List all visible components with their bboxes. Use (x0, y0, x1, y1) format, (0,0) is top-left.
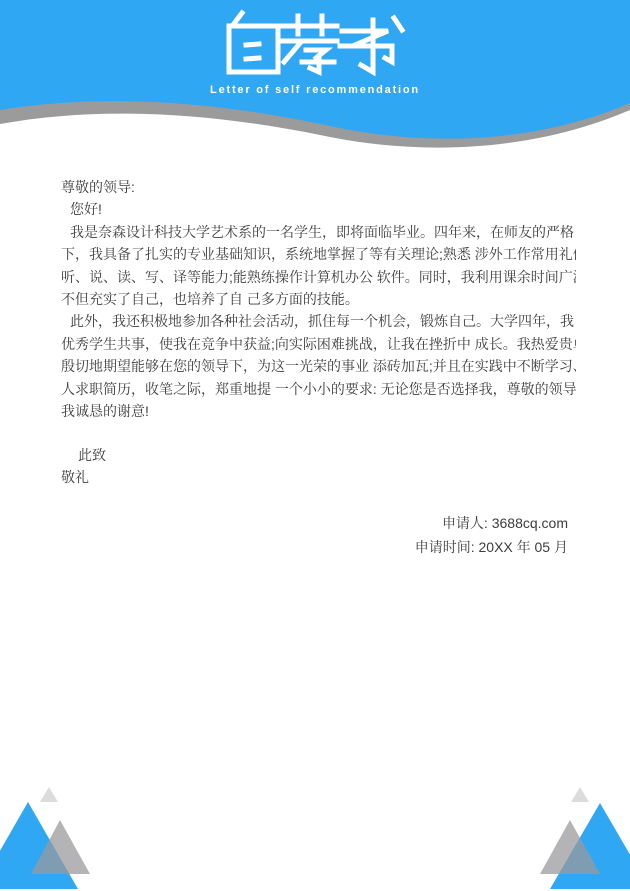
closing-jingli: 敬礼 (61, 466, 106, 488)
letter-line: 我是奈森设计科技大学艺术系的一名学生，即将面临毕业。四年来，在师友的严格 教益及… (61, 221, 576, 243)
signature-block: 申请人: 3688cq.com 申请时间: 20XX 年 05 月 (415, 511, 568, 559)
salutation: 尊敬的领导: (61, 176, 576, 198)
letter-line: 我诚恳的谢意! (61, 400, 576, 422)
greeting: 您好! (61, 198, 576, 220)
applicant-line: 申请人: 3688cq.com (415, 511, 568, 535)
letter-line: 下，我具备了扎实的专业基础知识，系统地掌握了等有关理论;熟悉 涉外工作常用礼仪;… (61, 243, 576, 265)
letter-page: { "colors": { "accent-blue": "#2FA7F3", … (0, 0, 630, 891)
date-line: 申请时间: 20XX 年 05 月 (415, 535, 568, 559)
letter-line: 听、说、读、写、译等能力;能熟练操作计算机办公 软件。同时，我利用课余时间广泛地… (61, 266, 576, 288)
letter-line: 优秀学生共事，使我在竞争中获益;向实际困难挑战，让我在挫折中 成长。我热爱贵单位… (61, 333, 576, 355)
letter-closing: 此致 敬礼 (61, 444, 106, 488)
letter-line: 此外，我还积极地参加各种社会活动，抓住每一个机会，锻炼自己。大学四年，我 深深地… (61, 310, 576, 332)
title-logo (222, 8, 412, 78)
title-logo-strokes (229, 13, 402, 72)
bottom-decoration (0, 781, 630, 891)
letter-line: 不但充实了自己，也培养了自 己多方面的技能。 (61, 288, 576, 310)
letter-line: 人求职简历，收笔之际，郑重地提 一个小小的要求: 无论您是否选择我，尊敬的领导，… (61, 378, 576, 400)
mountain-small-right-icon (571, 787, 589, 802)
letter-line: 殷切地期望能够在您的领导下，为这一光荣的事业 添砖加瓦;并且在实践中不断学习、进… (61, 355, 576, 377)
header-subtitle: Letter of self recommendation (0, 84, 630, 96)
mountain-small-left-icon (40, 787, 58, 802)
letter-body: 尊敬的领导: 您好! 我是奈森设计科技大学艺术系的一名学生，即将面临毕业。四年来… (61, 176, 576, 422)
closing-cizhi: 此致 (61, 444, 106, 466)
